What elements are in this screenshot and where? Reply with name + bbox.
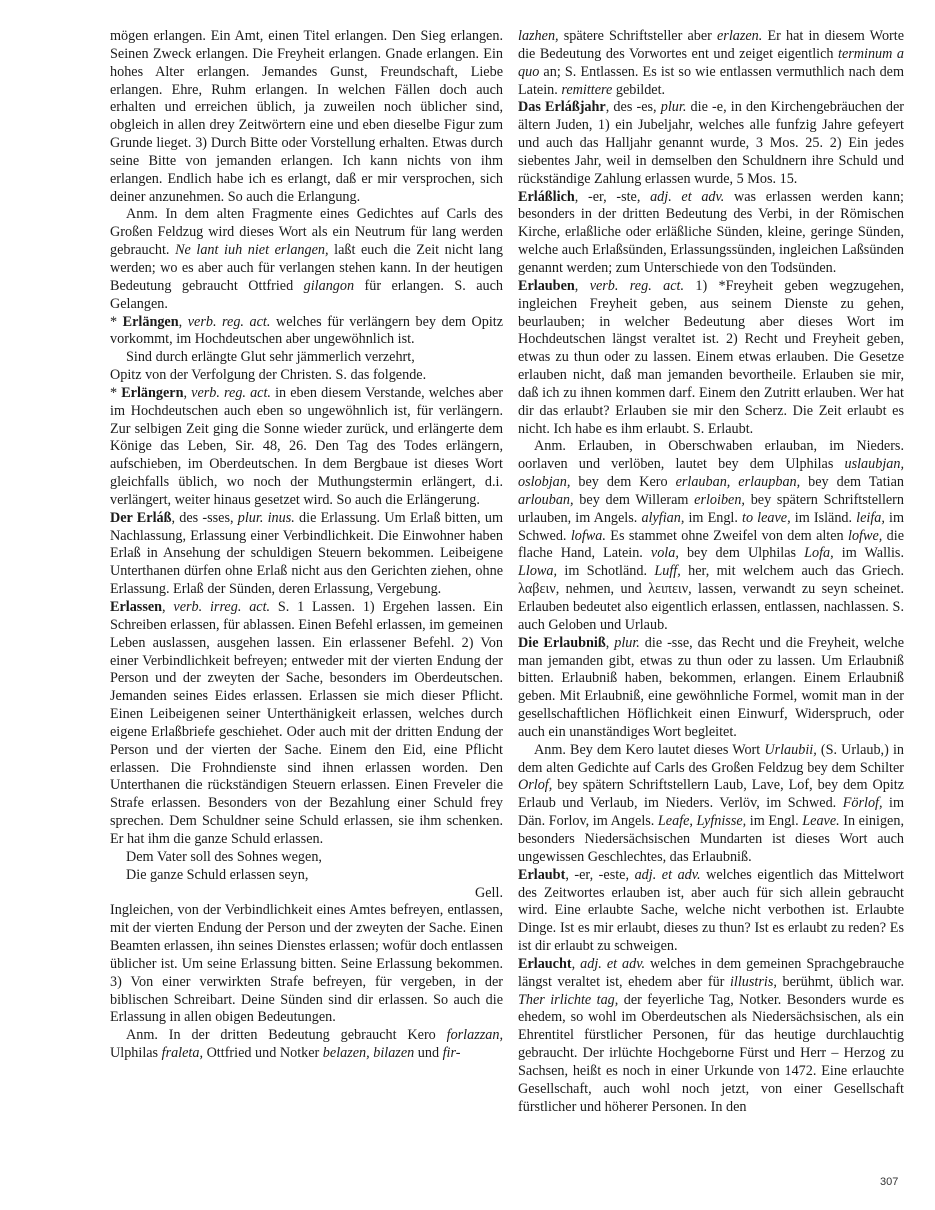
verse-source: Gell. (110, 885, 503, 903)
paragraph-ingleichen: Ingleichen, von der Verbindlichkeit eine… (110, 902, 503, 1027)
grammar-label: plur. (661, 99, 687, 115)
annotation-erlassen-continued: lazhen, spätere Schriftsteller aber erla… (518, 28, 904, 99)
entry-erlassen: Erlassen, verb. irreg. act. S. 1 Lassen.… (110, 599, 503, 849)
right-column: lazhen, spätere Schriftsteller aber erla… (518, 28, 904, 1116)
grammar-label: adj. et adv. (650, 189, 724, 205)
entry-erlaengen: * Erlängen, verb. reg. act. welches für … (110, 314, 503, 350)
grammar-label: verb. reg. act. (590, 278, 684, 294)
entry-erlassjahr: Das Erláßjahr, des -es, plur. die -e, in… (518, 99, 904, 188)
verse-source: Opitz von der Verfolgung der Christen. S… (110, 367, 503, 385)
headword: Erlaucht (518, 956, 572, 972)
headword: Erlängen (123, 314, 179, 330)
headword: Erlauben (518, 278, 575, 294)
verse-quote: Sind durch erlängte Glut sehr jämmerlich… (110, 349, 503, 367)
entry-erlass: Der Erláß, des -sses, plur. inus. die Er… (110, 510, 503, 599)
annotation-erlassen: Anm. In der dritten Bedeutung gebraucht … (110, 1027, 503, 1063)
headword: Der Erláß (110, 510, 172, 526)
verse-line: Die ganze Schuld erlassen seyn, (110, 867, 503, 885)
page-number: 307 (880, 1176, 898, 1188)
headword: Die Erlaubniß (518, 635, 606, 651)
headword: Das Erláßjahr (518, 99, 606, 115)
paragraph-erlangen-continued: mögen erlangen. Ein Amt, einen Titel erl… (110, 28, 503, 206)
left-column: mögen erlangen. Ein Amt, einen Titel erl… (110, 28, 503, 1063)
entry-erlauben: Erlauben, verb. reg. act. 1) *Freyheit g… (518, 278, 904, 439)
grammar-label: adj. et adv. (580, 956, 645, 972)
entry-erlaengern: * Erlängern, verb. reg. act. in eben die… (110, 385, 503, 510)
annotation-erlauben: Anm. Erlauben, in Oberschwaben erlauban,… (518, 438, 904, 634)
dictionary-page: mögen erlangen. Ein Amt, einen Titel erl… (0, 0, 935, 1210)
entry-erlaubniss: Die Erlaubniß, plur. die -sse, das Recht… (518, 635, 904, 742)
headword: Erlassen (110, 599, 162, 615)
entry-erlasslich: Erláßlich, -er, -ste, adj. et adv. was e… (518, 189, 904, 278)
verse-line: Dem Vater soll des Sohnes wegen, (110, 849, 503, 867)
annotation-erlangen: Anm. In dem alten Fragmente eines Gedich… (110, 206, 503, 313)
grammar-label: verb. reg. act. (188, 314, 271, 330)
grammar-label: adj. et adv. (635, 867, 701, 883)
headword: Erlängern (121, 385, 183, 401)
headword: Erlaubt (518, 867, 565, 883)
annotation-erlaubniss: Anm. Bey dem Kero lautet dieses Wort Url… (518, 742, 904, 867)
headword: Erláßlich (518, 189, 575, 205)
entry-erlaubt: Erlaubt, -er, -este, adj. et adv. welche… (518, 867, 904, 956)
grammar-label: verb. reg. act. (191, 385, 271, 401)
grammar-label: plur. (614, 635, 640, 651)
entry-erlaucht: Erlaucht, adj. et adv. welches in dem ge… (518, 956, 904, 1117)
grammar-label: verb. irreg. act. (173, 599, 270, 615)
grammar-label: plur. inus. (238, 510, 295, 526)
